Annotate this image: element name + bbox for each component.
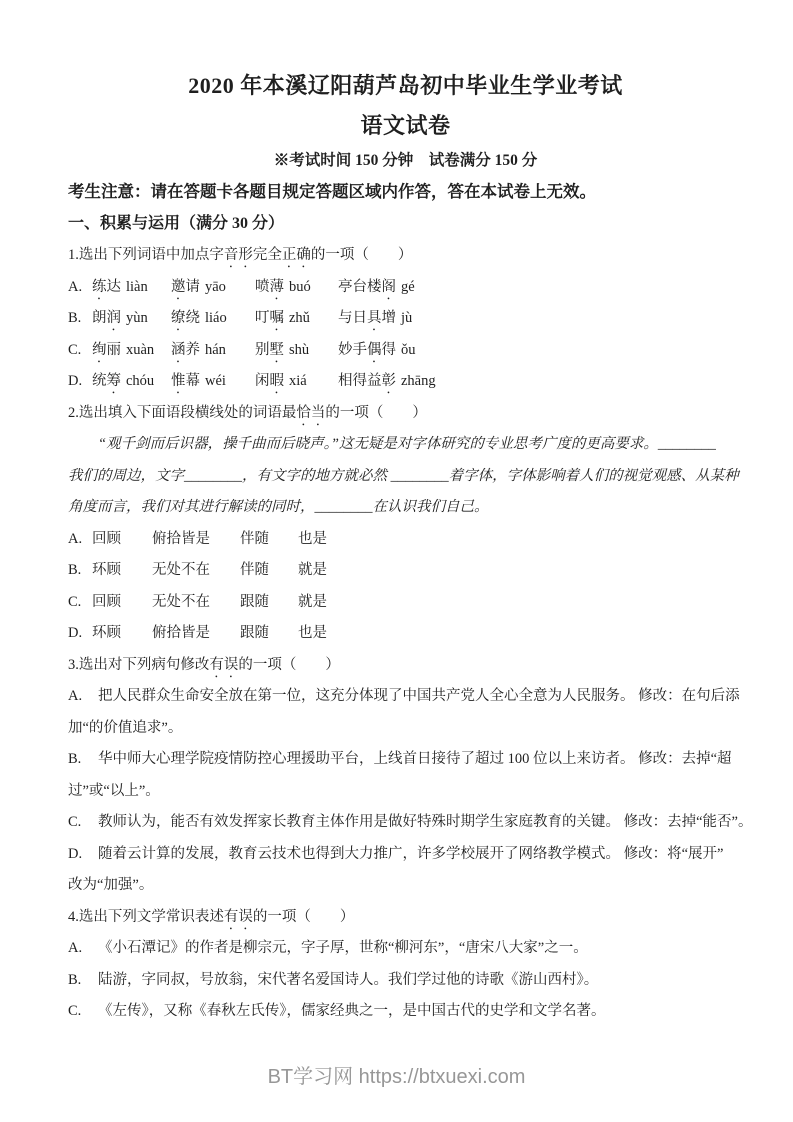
option-word: 环顾: [92, 555, 152, 587]
word-pre: 亭台楼: [338, 279, 382, 295]
word-post: 幕: [186, 373, 201, 389]
question-3-option-d-cont: 改为“加强”。: [68, 870, 743, 902]
option-text: 陆游，字同叔，号放翁，宋代著名爱国诗人。我们学过他的诗歌《游山西村》。: [98, 972, 598, 988]
word-group: 惟幕wéi: [171, 366, 255, 398]
dotted-char: 筹: [107, 373, 122, 389]
dotted-char: 偶: [367, 342, 382, 358]
dotted-text: 有误: [224, 909, 253, 925]
word-pre: 叮: [255, 310, 270, 326]
option-label: A.: [68, 524, 92, 556]
option-text: 把人民群众生命安全放在第一位，这充分体现了中国共产党人全心全意为人民服务。 修改…: [98, 688, 740, 704]
word-post: 养: [186, 342, 201, 358]
stem-text: 的一项（ ）: [311, 247, 413, 263]
question-3-stem: 3.选出对下列病句修改有误的一项（ ）: [68, 650, 743, 682]
stem-text: 的一项（ ）: [253, 909, 355, 925]
dotted-char: 彰: [382, 373, 397, 389]
word-group: 相得益彰zhāng: [338, 366, 436, 398]
exam-paper-page: 2020 年本溪辽阳葫芦岛初中毕业生学业考试 语文试卷 ※考试时间 150 分钟…: [0, 0, 793, 1028]
question-3-option-b-cont: 过”或“以上”。: [68, 776, 743, 808]
option-word: 就是: [298, 562, 327, 578]
dotted-char: 暇: [270, 373, 285, 389]
word-group: 亭台楼阁gé: [338, 272, 415, 304]
option-label: D.: [68, 366, 92, 398]
pinyin: ǒu: [401, 342, 416, 358]
section-title: 一、积累与运用（满分 30 分）: [68, 208, 743, 240]
word-group: 喷薄buó: [255, 272, 338, 304]
option-word: 环顾: [92, 618, 152, 650]
option-word: 俯拾皆是: [152, 618, 240, 650]
question-4: 4.选出下列文学常识表述有误的一项（ ） A.《小石潭记》的作者是柳宗元，字子厚…: [68, 902, 743, 1028]
watermark-footer: BT学习网 https://btxuexi.com: [0, 1062, 793, 1092]
option-text: 华中师大心理学院疫情防控心理援助平台，上线首日接待了超过 100 位以上来访者。…: [98, 751, 732, 767]
word-pre: 朗: [92, 310, 107, 326]
dotted-text: 恰当: [296, 405, 325, 421]
question-1-option-a: A.练达liàn邀请yāo喷薄buó亭台楼阁gé: [68, 272, 743, 304]
option-word: 也是: [298, 625, 327, 641]
passage-line: 我们的周边，文字________，有文字的地方就必然 ________着字体，字…: [68, 461, 743, 493]
dotted-char: 阁: [382, 279, 397, 295]
word-group: 叮嘱zhǔ: [255, 303, 338, 335]
word-pre: 相得益: [338, 373, 382, 389]
word-group: 邀请yāo: [171, 272, 255, 304]
word-group: 涵养hán: [171, 335, 255, 367]
stem-text: 3.选出对下列病句修改: [68, 657, 209, 673]
pinyin: liáo: [205, 310, 227, 326]
option-word: 跟随: [240, 618, 298, 650]
word-group: 闲暇xiá: [255, 366, 338, 398]
dotted-char: 绚: [92, 342, 107, 358]
dotted-char: 惟: [171, 373, 186, 389]
option-label: B.: [68, 303, 92, 335]
option-word: 俯拾皆是: [152, 524, 240, 556]
pinyin: yāo: [205, 279, 226, 295]
dotted-char: 润: [107, 310, 122, 326]
option-word: 也是: [298, 531, 327, 547]
option-label: B.: [68, 555, 92, 587]
question-4-option-c: C.《左传》，又称《春秋左氏传》，儒家经典之一，是中国古代的史学和文学名著。: [68, 996, 743, 1028]
option-label: D.: [68, 839, 98, 871]
pinyin: yùn: [126, 310, 148, 326]
pinyin: chóu: [126, 373, 154, 389]
word-post: 绕: [186, 310, 201, 326]
dotted-text: 音形: [224, 247, 253, 263]
option-word: 回顾: [92, 587, 152, 619]
stem-text: 的一项（ ）: [325, 405, 427, 421]
question-2-option-c: C.回顾无处不在跟随就是: [68, 587, 743, 619]
question-2: 2.选出填入下面语段横线处的词语最恰当的一项（ ） “观千剑而后识器，操千曲而后…: [68, 398, 743, 650]
word-post: 得: [382, 342, 397, 358]
word-pre: 与日: [338, 310, 367, 326]
word-post: 请: [186, 279, 201, 295]
question-2-option-b: B.环顾无处不在伴随就是: [68, 555, 743, 587]
option-label: B.: [68, 744, 98, 776]
question-1-option-b: B.朗润yùn缭绕liáo叮嘱zhǔ与日具增jù: [68, 303, 743, 335]
question-3-option-a: A.把人民群众生命安全放在第一位，这充分体现了中国共产党人全心全意为人民服务。 …: [68, 681, 743, 713]
question-3: 3.选出对下列病句修改有误的一项（ ） A.把人民群众生命安全放在第一位，这充分…: [68, 650, 743, 902]
option-label: A.: [68, 933, 98, 965]
stem-text: 4.选出下列文学常识表述: [68, 909, 224, 925]
question-4-option-a: A.《小石潭记》的作者是柳宗元，字子厚，世称“柳河东”，“唐宋八大家”之一。: [68, 933, 743, 965]
question-3-option-d: D.随着云计算的发展，教育云技术也得到大力推广，许多学校展开了网络教学模式。 修…: [68, 839, 743, 871]
word-post: 增: [382, 310, 397, 326]
dotted-char: 嘱: [270, 310, 285, 326]
question-4-stem: 4.选出下列文学常识表述有误的一项（ ）: [68, 902, 743, 934]
dotted-char: 涵: [171, 342, 186, 358]
option-word: 回顾: [92, 524, 152, 556]
passage-line: 角度而言，我们对其进行解读的同时，________在认识我们自己。: [68, 492, 743, 524]
word-group: 妙手偶得ǒu: [338, 335, 416, 367]
pinyin: zhāng: [401, 373, 436, 389]
question-3-option-c: C.教师认为，能否有效发挥家长教育主体作用是做好特殊时期学生家庭教育的关键。 修…: [68, 807, 743, 839]
candidate-notice: 考生注意：请在答题卡各题目规定答题区域内作答，答在本试卷上无效。: [68, 176, 743, 208]
question-4-option-b: B.陆游，字同叔，号放翁，宋代著名爱国诗人。我们学过他的诗歌《游山西村》。: [68, 965, 743, 997]
stem-text: 完全: [253, 247, 282, 263]
option-word: 伴随: [240, 524, 298, 556]
word-post: 达: [107, 279, 122, 295]
question-3-option-a-cont: 加“的价值追求”。: [68, 713, 743, 745]
pinyin: xiá: [289, 373, 307, 389]
dotted-char: 缭: [171, 310, 186, 326]
dotted-char: 邀: [171, 279, 186, 295]
word-pre: 统: [92, 373, 107, 389]
question-3-option-b: B.华中师大心理学院疫情防控心理援助平台，上线首日接待了超过 100 位以上来访…: [68, 744, 743, 776]
dotted-char: 薄: [270, 279, 285, 295]
option-text: 过”或“以上”。: [68, 783, 160, 799]
option-word: 伴随: [240, 555, 298, 587]
pinyin: wéi: [205, 373, 226, 389]
exam-title-line2: 语文试卷: [68, 110, 743, 142]
watermark-text: BT学习网 https://btxuexi.com: [268, 1066, 526, 1088]
dotted-char: 练: [92, 279, 107, 295]
word-pre: 闲: [255, 373, 270, 389]
question-1-option-d: D.统筹chóu惟幕wéi闲暇xiá相得益彰zhāng: [68, 366, 743, 398]
stem-text: 的一项（ ）: [238, 657, 340, 673]
pinyin: gé: [401, 279, 415, 295]
option-text: 改为“加强”。: [68, 877, 153, 893]
stem-text: 2.选出填入下面语段横线处的词语最: [68, 405, 296, 421]
option-text: 随着云计算的发展，教育云技术也得到大力推广，许多学校展开了网络教学模式。 修改：…: [98, 846, 724, 862]
word-group: 别墅shù: [255, 335, 338, 367]
option-text: 《左传》，又称《春秋左氏传》，儒家经典之一，是中国古代的史学和文学名著。: [98, 1003, 606, 1019]
exam-title-line1: 2020 年本溪辽阳葫芦岛初中毕业生学业考试: [68, 70, 743, 102]
word-group: 绚丽xuàn: [92, 335, 171, 367]
option-text: 教师认为，能否有效发挥家长教育主体作用是做好特殊时期学生家庭教育的关键。 修改：…: [98, 814, 753, 830]
word-group: 统筹chóu: [92, 366, 171, 398]
option-label: C.: [68, 587, 92, 619]
option-word: 无处不在: [152, 587, 240, 619]
pinyin: hán: [205, 342, 226, 358]
pinyin: buó: [289, 279, 311, 295]
dotted-text: 有误: [209, 657, 238, 673]
question-2-option-d: D.环顾俯拾皆是跟随也是: [68, 618, 743, 650]
word-group: 缭绕liáo: [171, 303, 255, 335]
question-2-stem: 2.选出填入下面语段横线处的词语最恰当的一项（ ）: [68, 398, 743, 430]
option-word: 跟随: [240, 587, 298, 619]
pinyin: xuàn: [126, 342, 154, 358]
option-label: D.: [68, 618, 92, 650]
pinyin: liàn: [126, 279, 148, 295]
option-label: C.: [68, 807, 98, 839]
question-1-option-c: C.绚丽xuàn涵养hán别墅shù妙手偶得ǒu: [68, 335, 743, 367]
option-label: B.: [68, 965, 98, 997]
option-text: 加“的价值追求”。: [68, 720, 182, 736]
word-pre: 喷: [255, 279, 270, 295]
option-label: A.: [68, 272, 92, 304]
word-group: 与日具增jù: [338, 303, 412, 335]
pinyin: zhǔ: [289, 310, 310, 326]
dotted-text: 正确: [282, 247, 311, 263]
pinyin: jù: [401, 310, 412, 326]
passage-line: “观千剑而后识器，操千曲而后晓声。”这无疑是对字体研究的专业思考广度的更高要求。…: [68, 429, 743, 461]
option-word: 无处不在: [152, 555, 240, 587]
pinyin: shù: [289, 342, 309, 358]
option-label: C.: [68, 335, 92, 367]
word-pre: 妙手: [338, 342, 367, 358]
word-group: 朗润yùn: [92, 303, 171, 335]
word-group: 练达liàn: [92, 272, 171, 304]
exam-info: ※考试时间 150 分钟 试卷满分 150 分: [68, 146, 743, 176]
option-label: C.: [68, 996, 98, 1028]
dotted-char: 具: [367, 310, 382, 326]
dotted-char: 墅: [270, 342, 285, 358]
option-word: 就是: [298, 594, 327, 610]
option-label: A.: [68, 681, 98, 713]
question-1: 1.选出下列词语中加点字音形完全正确的一项（ ） A.练达liàn邀请yāo喷薄…: [68, 240, 743, 398]
stem-text: 1.选出下列词语中加点字: [68, 247, 224, 263]
word-pre: 别: [255, 342, 270, 358]
option-text: 《小石潭记》的作者是柳宗元，字子厚，世称“柳河东”，“唐宋八大家”之一。: [98, 940, 588, 956]
word-post: 丽: [107, 342, 122, 358]
question-2-option-a: A.回顾俯拾皆是伴随也是: [68, 524, 743, 556]
question-1-stem: 1.选出下列词语中加点字音形完全正确的一项（ ）: [68, 240, 743, 272]
